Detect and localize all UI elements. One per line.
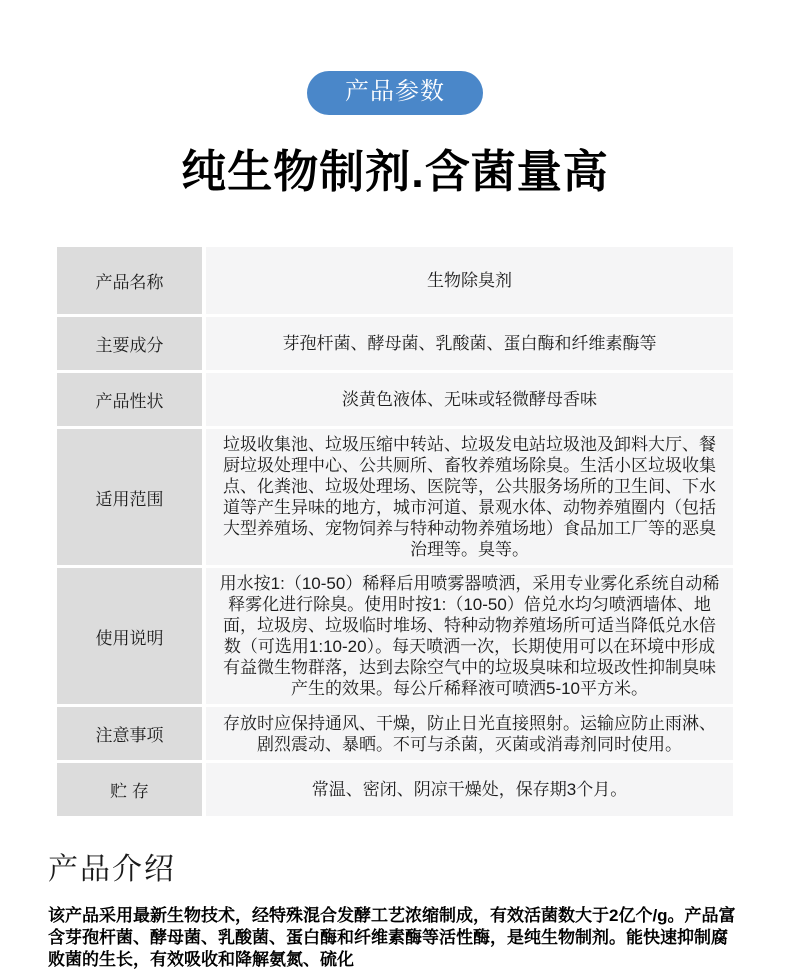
table-row: 注意事项 存放时应保持通风、干燥，防止日光直接照射。运输应防止雨淋、剧烈震动、暴…	[57, 707, 733, 760]
spec-value-main-ingredients: 芽孢杆菌、酵母菌、乳酸菌、蛋白酶和纤维素酶等	[206, 317, 733, 370]
table-row: 产品性状 淡黄色液体、无味或轻微酵母香味	[57, 373, 733, 426]
table-row: 使用说明 用水按1:（10-50）稀释后用喷雾器喷洒，采用专业雾化系统自动稀释雾…	[57, 568, 733, 704]
product-detail-page: 产品参数 纯生物制剂.含菌量高 产品名称 生物除臭剂 主要成分 芽孢杆菌、酵母菌…	[0, 0, 790, 970]
badge-container: 产品参数	[0, 0, 790, 115]
spec-value-storage: 常温、密闭、阴凉干燥处，保存期3个月。	[206, 763, 733, 816]
table-row: 适用范围 垃圾收集池、垃圾压缩中转站、垃圾发电站垃圾池及卸料大厅、餐厨垃圾处理中…	[57, 429, 733, 565]
section-badge: 产品参数	[307, 71, 483, 115]
intro-heading: 产品介绍	[48, 844, 742, 888]
spec-label-product-properties: 产品性状	[57, 373, 202, 426]
table-row: 主要成分 芽孢杆菌、酵母菌、乳酸菌、蛋白酶和纤维素酶等	[57, 317, 733, 370]
intro-paragraph: 该产品采用最新生物技术，经特殊混合发酵工艺浓缩制成，有效活菌数大于2亿个/g。产…	[48, 905, 742, 970]
spec-label-product-name: 产品名称	[57, 247, 202, 314]
spec-label-precautions: 注意事项	[57, 707, 202, 760]
table-row: 产品名称 生物除臭剂	[57, 247, 733, 314]
spec-value-product-name: 生物除臭剂	[206, 247, 733, 314]
spec-label-applicable-scope: 适用范围	[57, 429, 202, 565]
spec-label-main-ingredients: 主要成分	[57, 317, 202, 370]
table-row: 贮 存 常温、密闭、阴凉干燥处，保存期3个月。	[57, 763, 733, 816]
intro-section: 产品介绍 该产品采用最新生物技术，经特殊混合发酵工艺浓缩制成，有效活菌数大于2亿…	[48, 844, 742, 970]
spec-label-storage: 贮 存	[57, 763, 202, 816]
spec-value-precautions: 存放时应保持通风、干燥，防止日光直接照射。运输应防止雨淋、剧烈震动、暴晒。不可与…	[206, 707, 733, 760]
spec-table: 产品名称 生物除臭剂 主要成分 芽孢杆菌、酵母菌、乳酸菌、蛋白酶和纤维素酶等 产…	[57, 247, 733, 816]
spec-label-usage-instructions: 使用说明	[57, 568, 202, 704]
spec-value-usage-instructions: 用水按1:（10-50）稀释后用喷雾器喷洒，采用专业雾化系统自动稀释雾化进行除臭…	[206, 568, 733, 704]
page-title: 纯生物制剂.含菌量高	[0, 135, 790, 200]
spec-value-product-properties: 淡黄色液体、无味或轻微酵母香味	[206, 373, 733, 426]
spec-value-applicable-scope: 垃圾收集池、垃圾压缩中转站、垃圾发电站垃圾池及卸料大厅、餐厨垃圾处理中心、公共厕…	[206, 429, 733, 565]
